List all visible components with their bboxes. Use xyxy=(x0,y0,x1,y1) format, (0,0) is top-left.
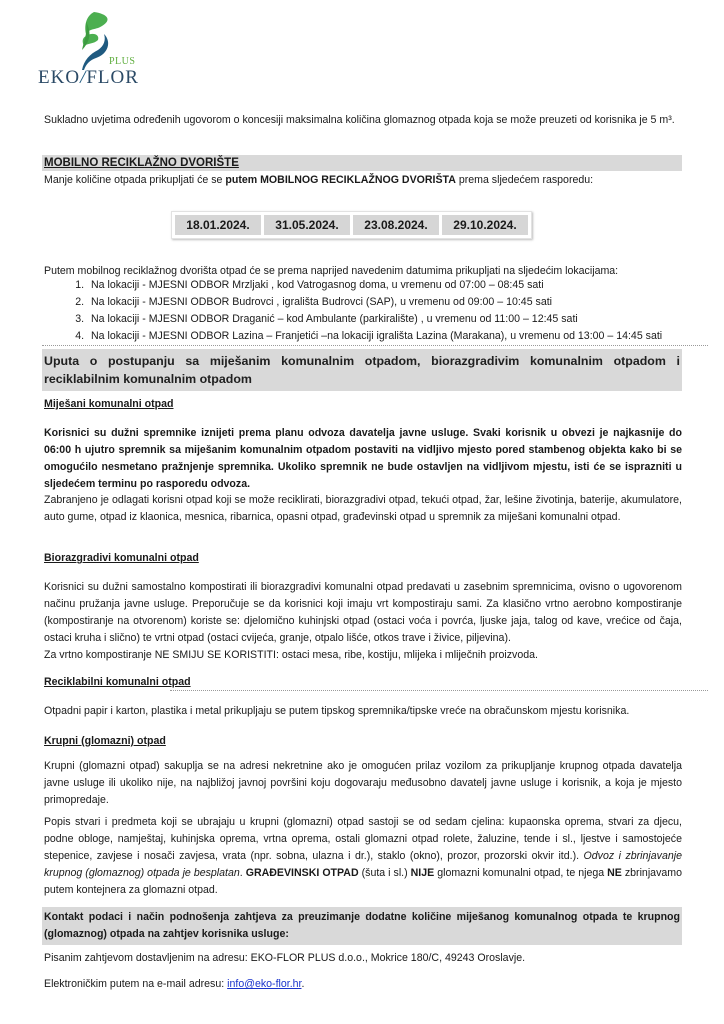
mixed-waste-rules: Korisnici su dužni spremnike iznijeti pr… xyxy=(44,425,682,493)
date-cell: 31.05.2024. xyxy=(264,215,350,235)
bio-waste-paragraph: Korisnici su dužni samostalno kompostira… xyxy=(44,579,682,647)
mixed-waste-heading: Miješani komunalni otpad xyxy=(44,398,174,410)
location-item: Na lokaciji - MJESNI ODBOR Lazina – Fran… xyxy=(87,328,724,345)
collection-dates-table: 18.01.2024. 31.05.2024. 23.08.2024. 29.1… xyxy=(171,211,532,239)
mobile-yard-lead: Manje količine otpada prikupljati će se … xyxy=(44,172,682,189)
bulky-waste-paragraph-2: Popis stvari i predmeta koji se ubrajaju… xyxy=(44,814,682,899)
date-cell: 29.10.2024. xyxy=(442,215,528,235)
contact-title: Kontakt podaci i način podnošenja zahtje… xyxy=(42,907,682,945)
location-item: Na lokaciji - MJESNI ODBOR Budrovci , ig… xyxy=(87,294,724,311)
mobile-yard-header: MOBILNO RECIKLAŽNO DVORIŠTE xyxy=(42,155,682,171)
instructions-header: Uputa o postupanju sa miješanim komunaln… xyxy=(42,349,682,391)
section-divider xyxy=(170,690,708,691)
contact-header: Kontakt podaci i način podnošenja zahtje… xyxy=(42,907,682,945)
bio-waste-warning: Za vrtno kompostiranje NE SMIJU SE KORIS… xyxy=(44,647,682,664)
section-divider xyxy=(42,345,708,346)
bulky-waste-paragraph-1: Krupni (glomazni otpad) sakuplja se na a… xyxy=(44,758,682,809)
recyclable-waste-heading: Reciklabilni komunalni otpad xyxy=(44,676,191,688)
logo-wordmark: EKO/FLOR xyxy=(38,67,139,89)
contact-email-line: Elektroničkim putem na e-mail adresu: in… xyxy=(44,976,682,993)
logo-plus-text: PLUS xyxy=(109,56,135,67)
email-link[interactable]: info@eko-flor.hr xyxy=(227,978,301,990)
location-item: Na lokaciji - MJESNI ODBOR Mrzljaki , ko… xyxy=(87,277,724,294)
eko-flor-logo: PLUS EKO/FLOR xyxy=(38,10,148,85)
location-item: Na lokaciji - MJESNI ODBOR Draganić – ko… xyxy=(87,311,724,328)
contact-postal: Pisanim zahtjevom dostavljenim na adresu… xyxy=(44,950,682,967)
locations-list: Na lokaciji - MJESNI ODBOR Mrzljaki , ko… xyxy=(62,277,724,345)
document-page: PLUS EKO/FLOR Sukladno uvjetima određeni… xyxy=(0,0,724,1024)
mixed-waste-prohibited: Zabranjeno je odlagati korisni otpad koj… xyxy=(44,492,682,526)
date-cell: 23.08.2024. xyxy=(353,215,439,235)
bulky-waste-heading: Krupni (glomazni) otpad xyxy=(44,735,166,747)
recyclable-waste-paragraph: Otpadni papir i karton, plastika i metal… xyxy=(44,703,682,720)
instructions-title: Uputa o postupanju sa miješanim komunaln… xyxy=(42,349,682,391)
bio-waste-heading: Biorazgradivi komunalni otpad xyxy=(44,552,199,564)
intro-paragraph: Sukladno uvjetima određenih ugovorom o k… xyxy=(44,112,682,129)
mobile-yard-title: MOBILNO RECIKLAŽNO DVORIŠTE xyxy=(42,155,682,171)
date-cell: 18.01.2024. xyxy=(175,215,261,235)
